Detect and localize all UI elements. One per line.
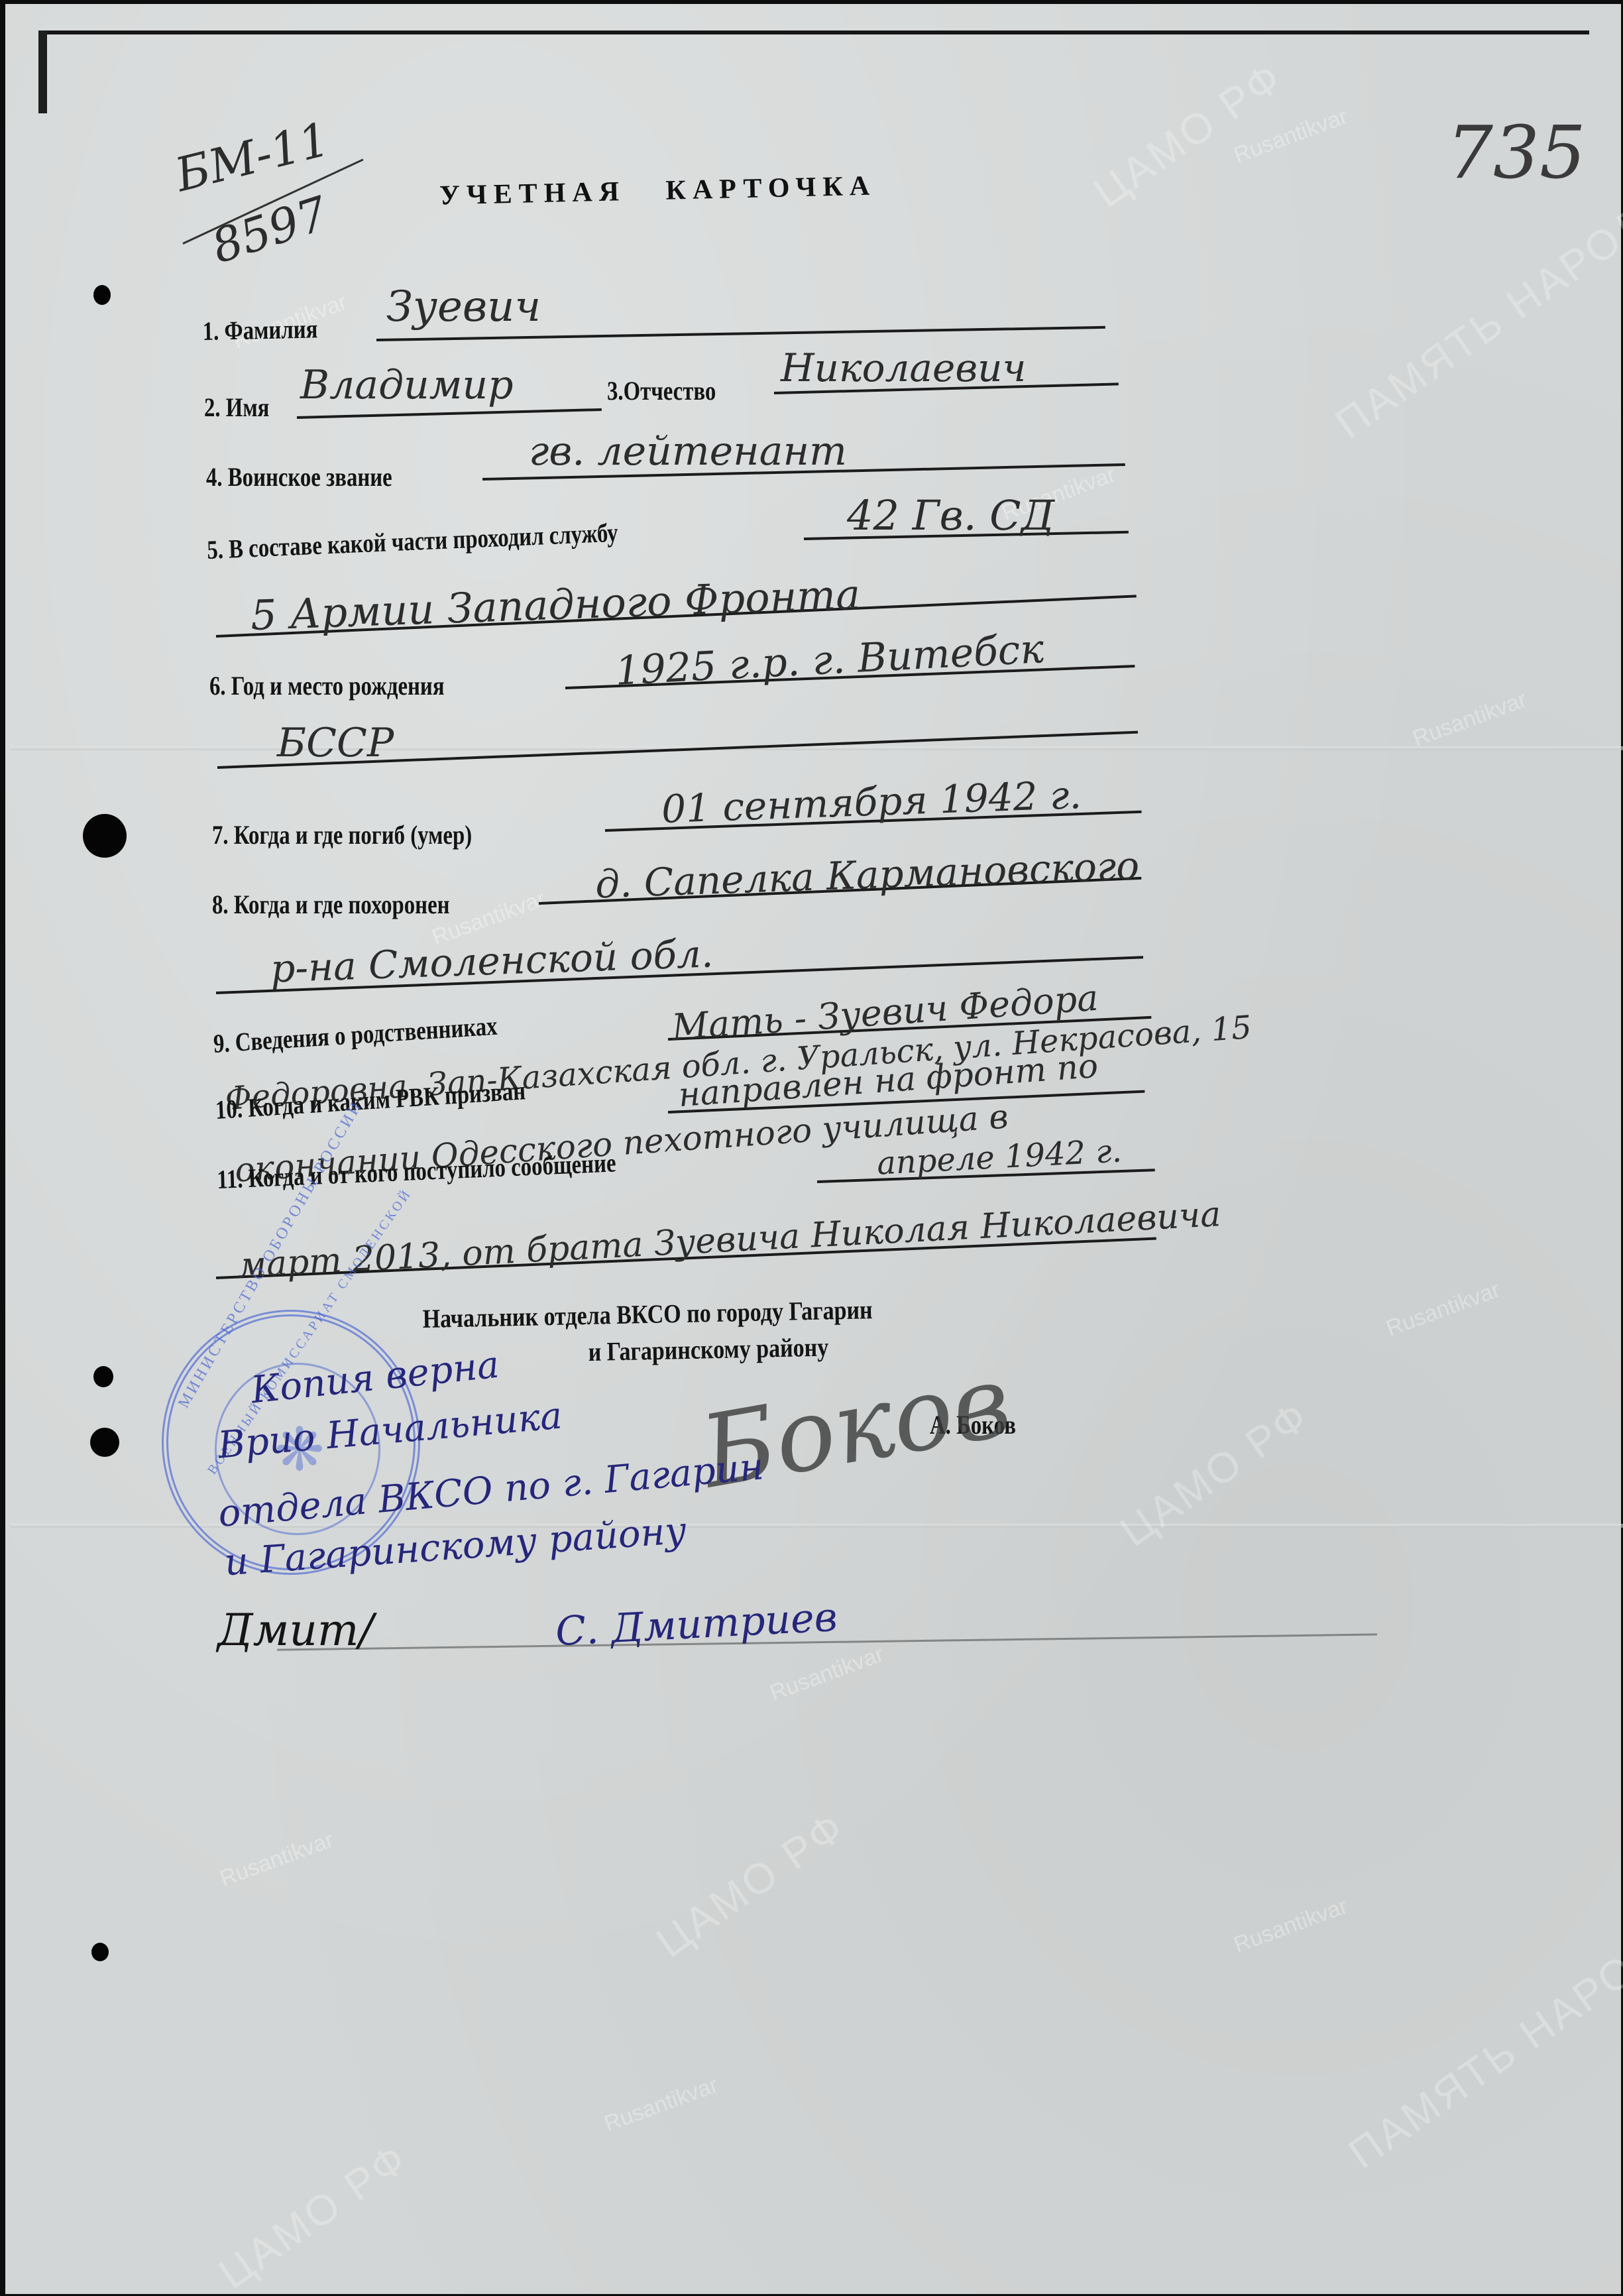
field-label-surname: 1. Фамилия — [202, 313, 317, 347]
field-label-death: 7. Когда и где погиб (умер) — [212, 819, 472, 850]
field-label-name: 2. Имя — [204, 392, 269, 423]
hole-punch — [93, 285, 111, 305]
field-line-name — [297, 408, 602, 419]
field-value-death: 01 сентября 1942 г. — [661, 772, 1082, 832]
field-value-burial: д. Сапелка Кармановского — [594, 843, 1140, 907]
field-value-name: Владимир — [300, 362, 514, 408]
field-value-report-continuation: март 2013, от брата Зуевича Николая Нико… — [237, 1194, 1221, 1286]
field-label-relatives: 9. Сведения о родственниках — [213, 1010, 498, 1059]
frame-left-border — [38, 30, 47, 113]
field-label-patronymic: 3.Отчество — [607, 375, 716, 406]
watermark: Rusantikvar — [1231, 1893, 1351, 1958]
archive-code-bottom: 8597 — [205, 186, 335, 274]
field-label-rank: 4. Воинское звание — [206, 461, 392, 492]
field-value-burial-continuation: р-на Смоленской обл. — [270, 931, 714, 991]
watermark: Rusantikvar — [1383, 1277, 1504, 1342]
document-title: УЧЕТНАЯ КАРТОЧКА — [439, 170, 877, 212]
field-label-unit: 5. В составе какой части проходил службу — [207, 517, 618, 565]
field-value-unit-continuation: 5 Армии Западного Фронта — [250, 570, 861, 640]
watermark-large: ЦАМО РФ — [210, 2133, 417, 2296]
hole-punch — [83, 814, 127, 858]
watermark-large: ЦАМО РФ — [1111, 1391, 1318, 1556]
watermark: Rusantikvar — [1231, 103, 1351, 168]
signer-position-line1: Начальник отдела ВКСО по городу Гагарин — [422, 1294, 873, 1334]
signer-position-line2: и Гагаринскому району — [588, 1332, 828, 1367]
hole-punch — [90, 1428, 119, 1457]
hole-punch — [91, 1943, 109, 1961]
field-value-birth: 1925 г.р. г. Витебск — [614, 626, 1045, 695]
field-label-burial: 8. Когда и где похоронен — [212, 889, 450, 920]
watermark-large: ПАМЯТЬ НАРОДА — [1326, 179, 1623, 449]
page-number: 735 — [1447, 110, 1586, 195]
frame-top-border — [38, 30, 1589, 34]
watermark: Rusantikvar — [601, 2072, 722, 2137]
field-value-surname: Зуевич — [386, 282, 541, 331]
hole-punch — [93, 1366, 113, 1387]
watermark: Rusantikvar — [217, 1827, 337, 1892]
watermark: Rusantikvar — [767, 1641, 887, 1706]
document-page: Rusantikvar Rusantikvar Rusantikvar Rusa… — [5, 4, 1621, 2294]
watermark: Rusantikvar — [1410, 687, 1530, 752]
watermark-large: ЦАМО РФ — [647, 1802, 854, 1967]
watermark-large: ЦАМО РФ — [1085, 52, 1292, 217]
field-value-patronymic: Николаевич — [781, 345, 1027, 390]
field-label-birth: 6. Год и место рождения — [209, 670, 445, 701]
paper-fold — [11, 746, 1623, 750]
field-value-birth-continuation: БССР — [277, 720, 394, 766]
field-value-unit: 42 Гв. СД — [847, 491, 1054, 540]
field-value-rank: гв. лейтенант — [529, 428, 847, 475]
watermark-large: ПАМЯТЬ НАРОДА — [1339, 1909, 1623, 2179]
